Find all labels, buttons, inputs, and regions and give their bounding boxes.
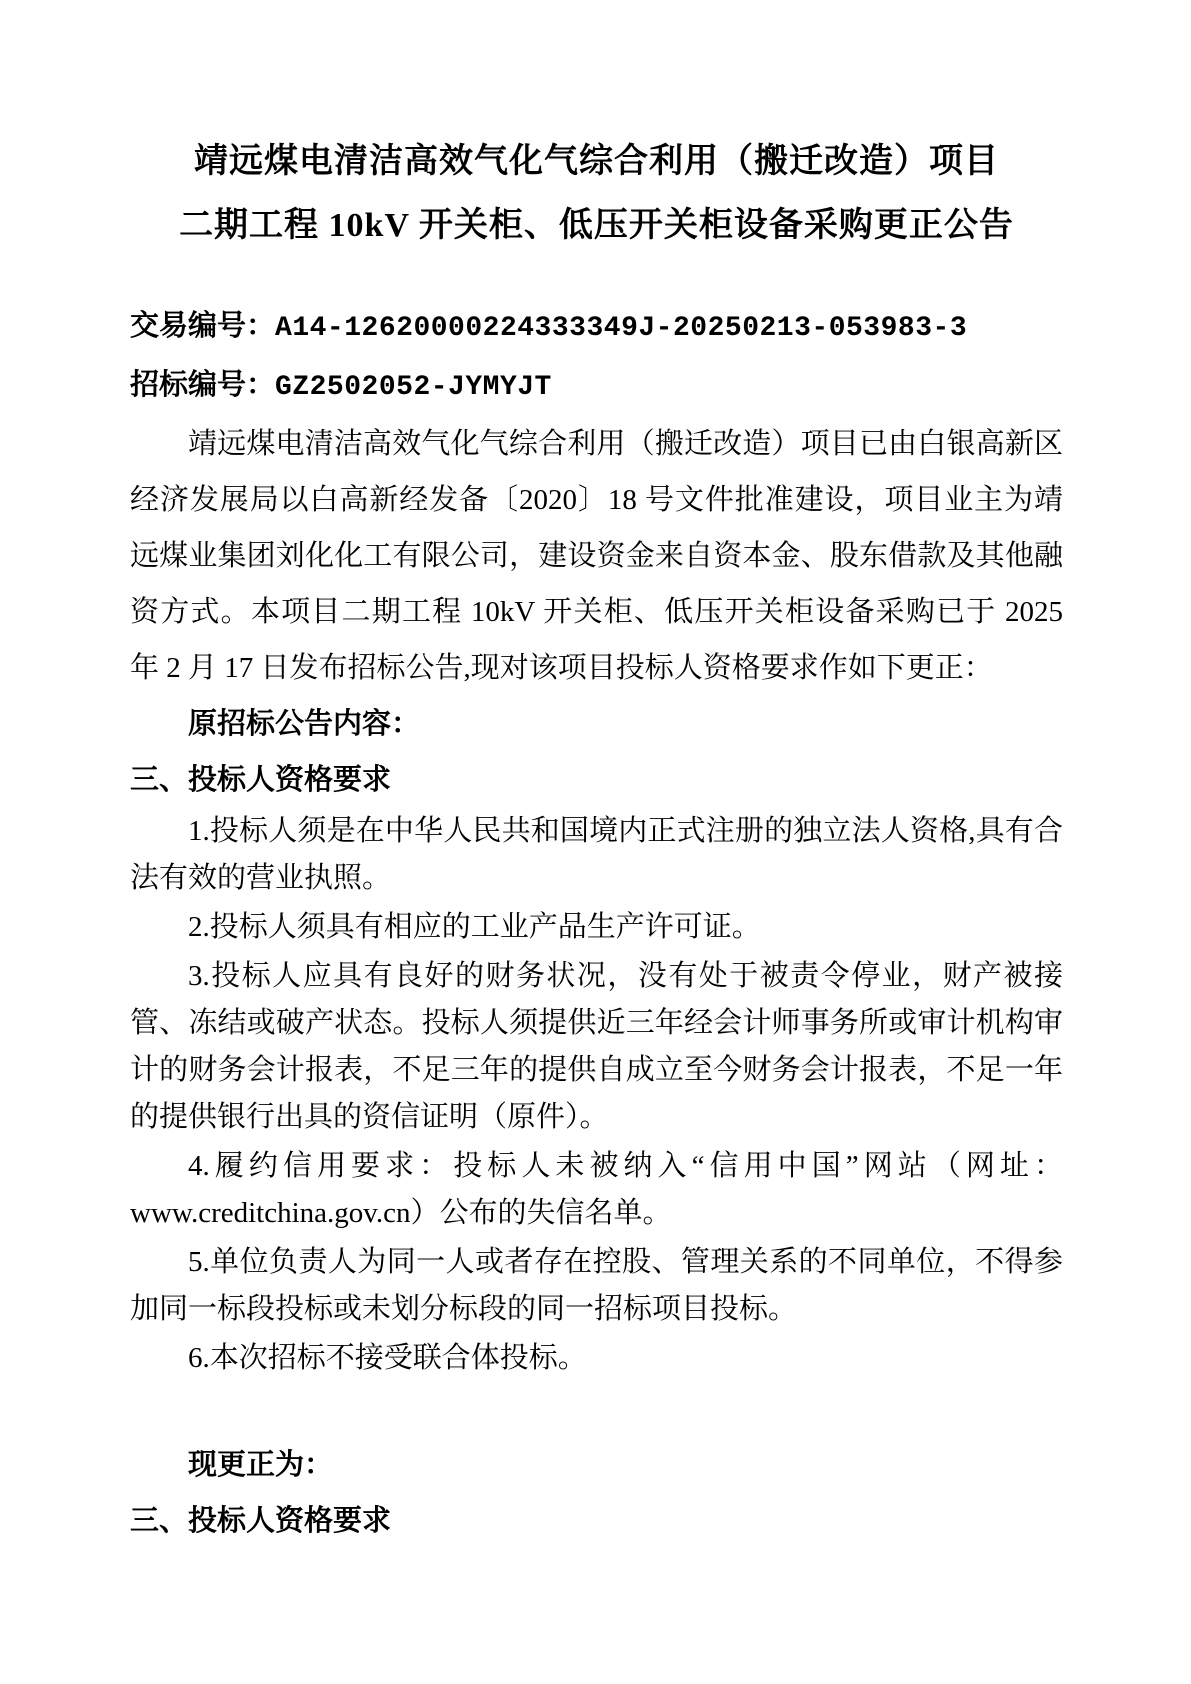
meta-block: 交易编号：A14-12620000224333349J-20250213-053… [130, 298, 1063, 416]
transaction-number-label: 交易编号： [130, 310, 275, 342]
correction-section-heading: 现更正为： [130, 1437, 1063, 1493]
original-section-heading: 原招标公告内容： [130, 696, 1063, 752]
transaction-number-line: 交易编号：A14-12620000224333349J-20250213-053… [130, 298, 1063, 357]
requirement-item-3: 3.投标人应具有良好的财务状况，没有处于被责令停业，财产被接管、冻结或破产状态。… [130, 953, 1063, 1141]
document-title-line1: 靖远煤电清洁高效气化气综合利用（搬迁改造）项目 [194, 143, 999, 180]
announcement-page: 靖远煤电清洁高效气化气综合利用（搬迁改造）项目 二期工程 10kV 开关柜、低压… [0, 0, 1191, 1684]
tender-number-line: 招标编号：GZ2502052-JYMYJT [130, 357, 1063, 416]
original-section-subheading: 三、投标人资格要求 [130, 752, 1063, 808]
tender-number-label: 招标编号： [130, 369, 275, 401]
correction-section-subheading: 三、投标人资格要求 [130, 1493, 1063, 1549]
transaction-number-value: A14-12620000224333349J-20250213-053983-3 [275, 313, 967, 344]
tender-number-value: GZ2502052-JYMYJT [275, 372, 552, 403]
requirement-item-5: 5.单位负责人为同一人或者存在控股、管理关系的不同单位，不得参加同一标段投标或未… [130, 1239, 1063, 1333]
requirement-item-6: 6.本次招标不接受联合体投标。 [130, 1335, 1063, 1382]
requirement-item-4: 4.履约信用要求：投标人未被纳入“信用中国”网站（网址：www.creditch… [130, 1143, 1063, 1237]
document-title-line2: 二期工程 10kV 开关柜、低压开关柜设备采购更正公告 [179, 207, 1014, 244]
requirement-item-1: 1.投标人须是在中华人民共和国境内正式注册的独立法人资格,具有合法有效的营业执照… [130, 808, 1063, 902]
document-title: 靖远煤电清洁高效气化气综合利用（搬迁改造）项目 二期工程 10kV 开关柜、低压… [130, 130, 1063, 258]
correction-section: 现更正为： 三、投标人资格要求 [130, 1437, 1063, 1549]
intro-paragraph: 靖远煤电清洁高效气化气综合利用（搬迁改造）项目已由白银高新区经济发展局以白高新经… [130, 416, 1063, 696]
requirement-item-2: 2.投标人须具有相应的工业产品生产许可证。 [130, 904, 1063, 951]
original-section: 原招标公告内容： 三、投标人资格要求 1.投标人须是在中华人民共和国境内正式注册… [130, 696, 1063, 1382]
